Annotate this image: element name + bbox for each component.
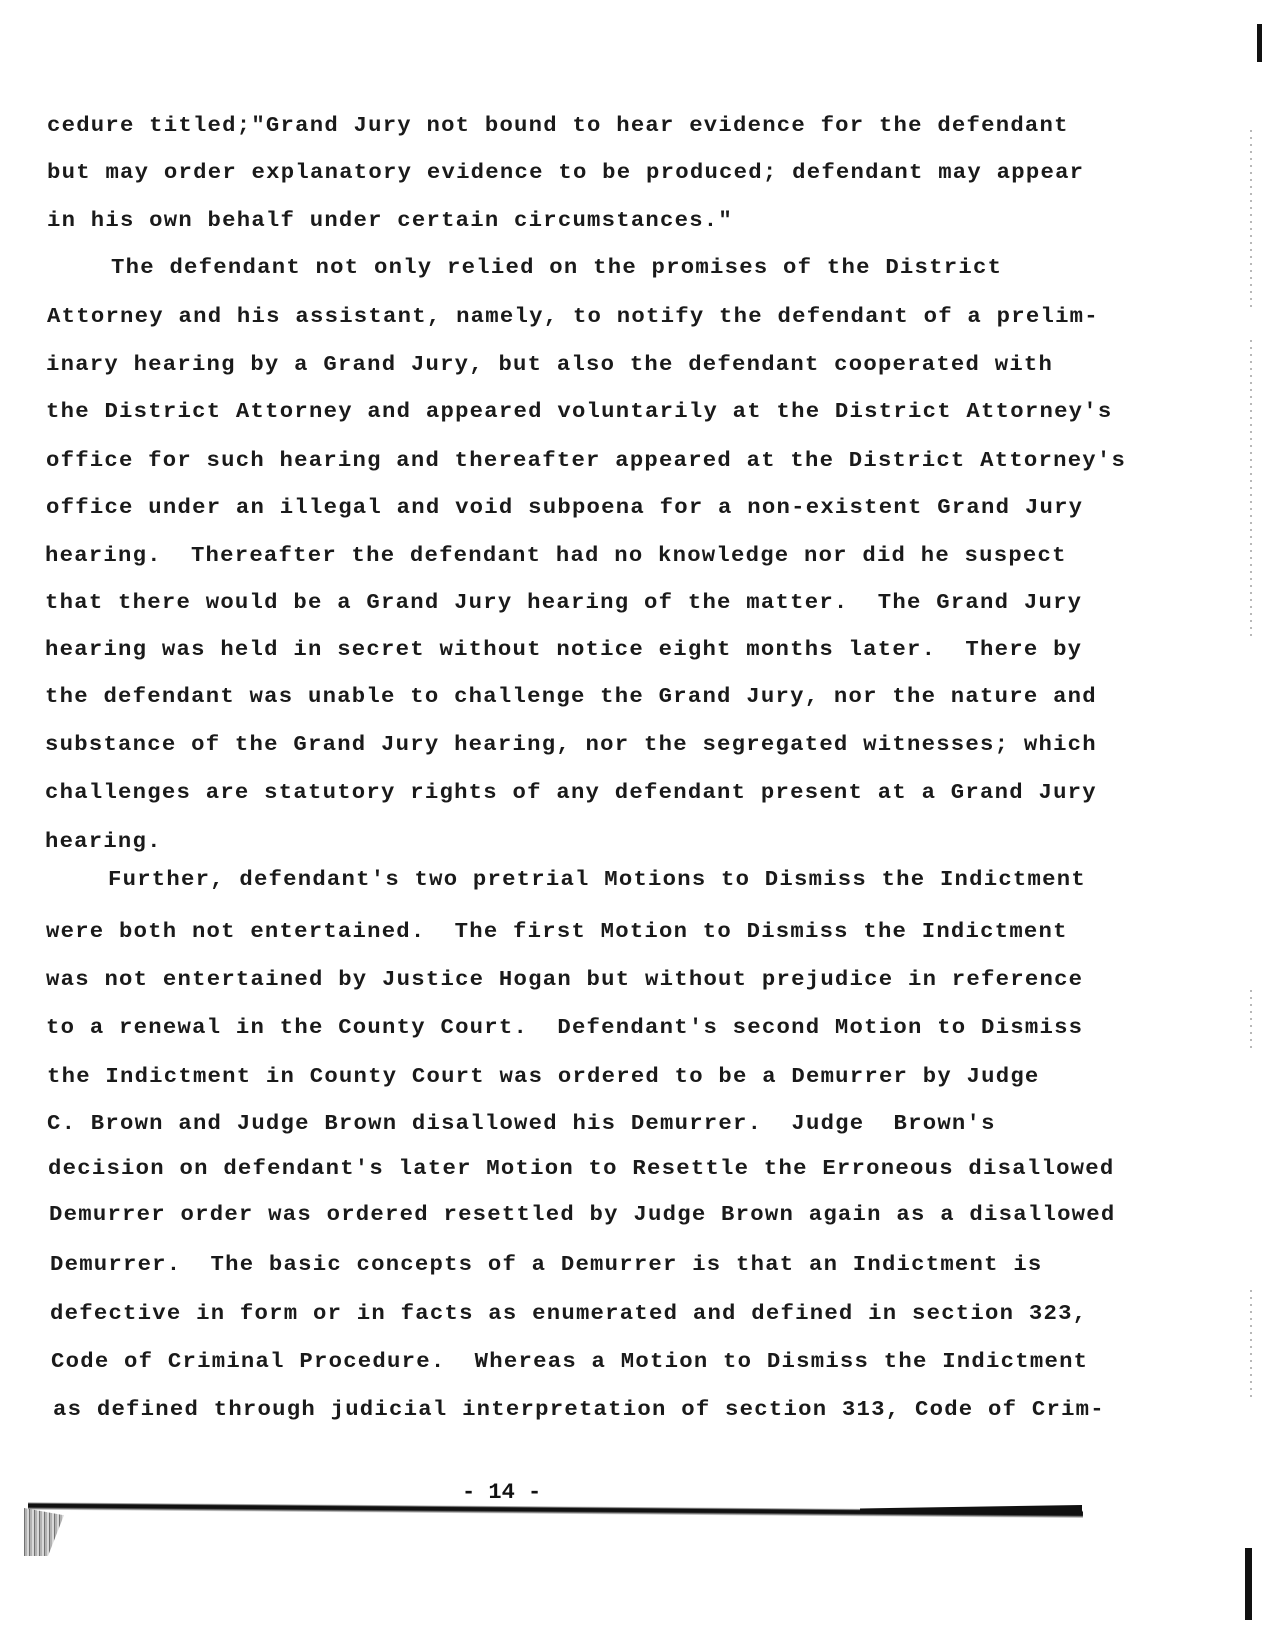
text-line: Attorney and his assistant, namely, to n… <box>47 305 1099 329</box>
text-line: substance of the Grand Jury hearing, nor… <box>45 733 1097 757</box>
text-line: Demurrer. The basic concepts of a Demurr… <box>50 1253 1043 1277</box>
text-line: Demurrer order was ordered resettled by … <box>49 1203 1116 1227</box>
text-line: as defined through judicial interpretati… <box>53 1398 1105 1422</box>
text-line: was not entertained by Justice Hogan but… <box>46 968 1083 992</box>
text-line: the Indictment in County Court was order… <box>47 1065 1040 1089</box>
text-line: challenges are statutory rights of any d… <box>45 781 1097 805</box>
scan-edge-mark <box>1257 24 1262 62</box>
text-line: decision on defendant's later Motion to … <box>48 1157 1115 1181</box>
document-page: cedure titled;"Grand Jury not bound to h… <box>0 0 1275 1650</box>
text-line: defective in form or in facts as enumera… <box>50 1302 1087 1326</box>
text-line: were both not entertained. The first Mot… <box>46 920 1068 944</box>
text-line: hearing was held in secret without notic… <box>45 638 1082 662</box>
text-line: in his own behalf under certain circumst… <box>47 209 733 233</box>
text-line: the defendant was unable to challenge th… <box>45 685 1097 709</box>
text-line: inary hearing by a Grand Jury, but also … <box>46 353 1053 377</box>
text-line: Further, defendant's two pretrial Motion… <box>108 868 1086 892</box>
text-line: cedure titled;"Grand Jury not bound to h… <box>47 114 1069 138</box>
text-line: The defendant not only relied on the pro… <box>111 256 1002 280</box>
text-line: C. Brown and Judge Brown disallowed his … <box>47 1112 996 1136</box>
text-line: that there would be a Grand Jury hearing… <box>45 591 1082 615</box>
text-line: office for such hearing and thereafter a… <box>46 449 1126 473</box>
scan-edge-noise <box>1250 990 1252 1050</box>
scan-edge-noise <box>1250 1290 1252 1400</box>
text-line: the District Attorney and appeared volun… <box>46 400 1113 424</box>
scan-edge-noise <box>1250 340 1252 640</box>
text-line: hearing. <box>45 830 162 854</box>
scan-edge-mark <box>1245 1548 1252 1620</box>
scan-edge-noise <box>1250 130 1252 310</box>
scan-corner-smudge <box>24 1508 64 1556</box>
page-number: - 14 - <box>462 1480 541 1505</box>
text-line: but may order explanatory evidence to be… <box>47 161 1084 185</box>
text-line: hearing. Thereafter the defendant had no… <box>45 544 1067 568</box>
text-line: to a renewal in the County Court. Defend… <box>46 1016 1083 1040</box>
text-line: Code of Criminal Procedure. Whereas a Mo… <box>51 1350 1088 1374</box>
text-line: office under an illegal and void subpoen… <box>46 496 1083 520</box>
